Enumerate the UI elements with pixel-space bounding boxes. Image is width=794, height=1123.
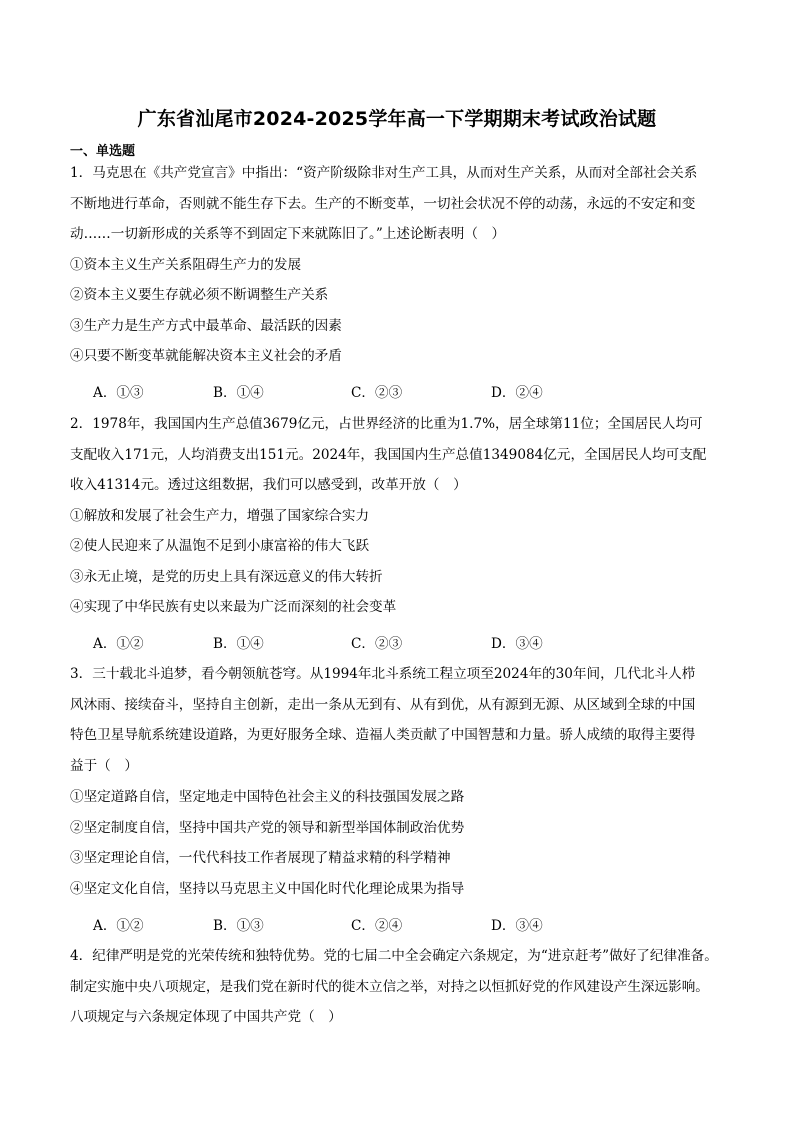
question-stem-line: 特色卫星导航系统建设道路，为更好服务全球、造福人类贡献了中国智慧和力量。骄人成绩… — [70, 725, 695, 745]
statement: ②使人民迎来了从温饱不足到小康富裕的伟大飞跃 — [70, 536, 369, 556]
question-stem-line: 收入41314元。透过这组数据，我们可以感受到，改革开放（ ） — [70, 475, 467, 495]
exam-page: 广东省汕尾市2024-2025学年高一下学期期末考试政治试题 一、单选题 1．马… — [0, 0, 794, 1123]
statement: ①资本主义生产关系阻碍生产力的发展 — [70, 255, 301, 275]
question-stem-line: 动……一切新形成的关系等不到固定下来就陈旧了。”上述论断表明（ ） — [70, 224, 505, 244]
question-stem-line: 1．马克思在《共产党宣言》中指出：“资产阶级除非对生产工具，从而对生产关系，从而… — [70, 163, 697, 183]
option-d: D．③④ — [491, 914, 543, 934]
statement: ④只要不断变革就能解决资本主义社会的矛盾 — [70, 346, 342, 366]
option-b: B．①④ — [213, 632, 264, 652]
statement: ①坚定道路自信，坚定地走中国特色社会主义的科技强国发展之路 — [70, 787, 464, 807]
question-stem-line: 风沐雨、接续奋斗，坚持自主创新，走出一条从无到有、从有到优，从有源到无源、从区域… — [70, 695, 695, 715]
option-d: D．②④ — [491, 381, 543, 401]
option-c: C．②③ — [351, 381, 402, 401]
statement: ④坚定文化自信，坚持以马克思主义中国化时代化理论成果为指导 — [70, 879, 464, 899]
question-stem-line: 2．1978年，我国国内生产总值3679亿元，占世界经济的比重为1.7%，居全球… — [70, 414, 703, 434]
option-b: B．①④ — [213, 381, 264, 401]
statement: ③永无止境，是党的历史上具有深远意义的伟大转折 — [70, 567, 383, 587]
question-stem-line: 支配收入171元，人均消费支出151元。2024年，我国国内生产总值134908… — [70, 445, 706, 465]
statement: ①解放和发展了社会生产力，增强了国家综合实力 — [70, 506, 369, 526]
statement: ③生产力是生产方式中最革命、最活跃的因素 — [70, 316, 342, 336]
option-a: A．①② — [93, 914, 144, 934]
option-a: A．①③ — [93, 381, 144, 401]
option-c: C．②④ — [351, 914, 402, 934]
statement: ④实现了中华民族有史以来最为广泛而深刻的社会变革 — [70, 597, 396, 617]
question-stem-line: 不断地进行革命，否则就不能生存下去。生产的不断变革，一切社会状况不停的动荡，永远… — [70, 194, 695, 214]
question-stem-line: 八项规定与六条规定体现了中国共产党（ ） — [70, 1007, 342, 1027]
question-stem-line: 3．三十载北斗追梦，看今朝领航苍穹。从1994年北斗系统工程立项至2024年的3… — [70, 664, 695, 684]
question-stem-line: 4．纪律严明是党的光荣传统和独特优势。党的七届二中全会确定六条规定，为“进京赶考… — [70, 946, 718, 966]
option-b: B．①③ — [213, 914, 264, 934]
question-stem-line: 制定实施中央八项规定，是我们党在新时代的徙木立信之举，对持之以恒抓好党的作风建设… — [70, 977, 709, 997]
statement: ②资本主义要生存就必须不断调整生产关系 — [70, 285, 328, 305]
statement: ③坚定理论自信，一代代科技工作者展现了精益求精的科学精神 — [70, 848, 451, 868]
statement: ②坚定制度自信，坚持中国共产党的领导和新型举国体制政治优势 — [70, 818, 464, 838]
option-a: A．①② — [93, 632, 144, 652]
option-c: C．②③ — [351, 632, 402, 652]
document-title: 广东省汕尾市2024-2025学年高一下学期期末考试政治试题 — [0, 104, 794, 131]
question-stem-line: 益于（ ） — [70, 756, 138, 776]
option-d: D．③④ — [491, 632, 543, 652]
section-heading: 一、单选题 — [70, 140, 135, 159]
